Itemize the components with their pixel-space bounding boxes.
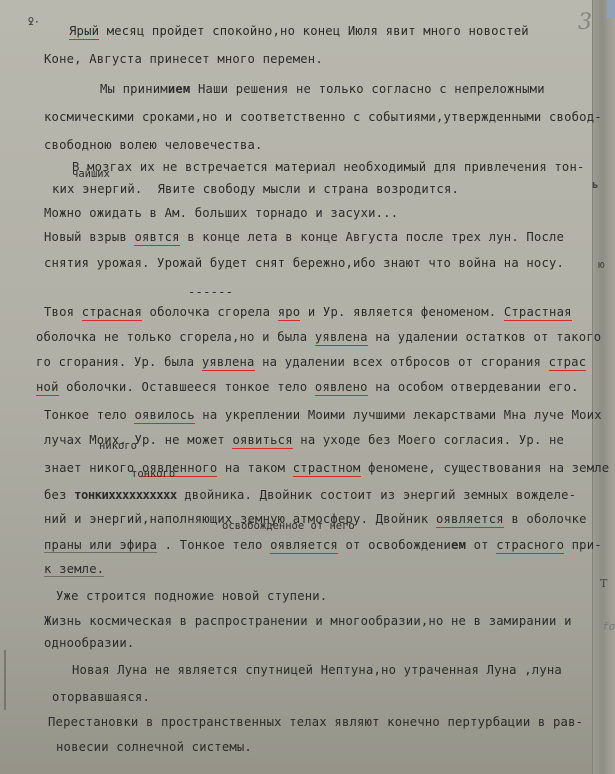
insertion-osvobozhdennoe: освобожденное от него <box>222 520 355 532</box>
text-segment: Перестановки в пространственных телах яв… <box>48 715 583 729</box>
binding-mark <box>4 650 6 710</box>
underlined-word: ной <box>36 380 59 396</box>
underlined-word: оявляется <box>270 538 338 554</box>
text-segment: в конце лета в конце Августа после трех … <box>180 230 564 244</box>
underlined-word: уявлена <box>315 330 368 346</box>
text-segment: снятия урожая. Урожай будет снят бережно… <box>44 256 564 270</box>
text-segment: ием <box>168 82 191 96</box>
text-line: без тонкихххххххххх двойника. Двойник со… <box>44 488 576 502</box>
text-segment: на уходе без Моего согласия. Ур. не <box>293 433 564 447</box>
text-segment: Уже строится подножие новой ступени. <box>56 589 327 603</box>
text-segment: Тонкое тело <box>44 408 134 422</box>
text-line: однообразии. <box>44 636 134 650</box>
text-segment: ем <box>451 538 466 552</box>
text-segment: феномене, существования на земле <box>361 461 610 475</box>
text-segment: Новый взрыв <box>44 230 134 244</box>
text-segment: Новая Луна не является спутницей Нептуна… <box>72 663 562 677</box>
text-line: снятия урожая. Урожай будет снят бережно… <box>44 256 564 270</box>
text-line: Уже строится подножие новой ступени. <box>56 589 327 603</box>
text-line: Твоя страсная оболочка сгорела яро и Ур.… <box>44 305 572 319</box>
text-segment: на укреплении Моими лучшими лекарствами … <box>195 408 602 422</box>
text-line: Тонкое тело оявилось на укреплении Моими… <box>44 408 602 422</box>
text-segment: ких энергий. Явите свободу мысли и стран… <box>52 182 459 196</box>
text-segment: Твоя <box>44 305 82 319</box>
insertion-tonkogo: тонкого <box>131 468 175 480</box>
text-line: ------ <box>188 285 233 299</box>
text-line: ной оболочки. Оставшееся тонкое тело ояв… <box>36 380 579 394</box>
text-segment: В мозгах их не встречается материал необ… <box>72 160 585 174</box>
text-line: Новый взрыв оявтся в конце лета в конце … <box>44 230 564 244</box>
underlined-word: Ярый <box>69 24 99 40</box>
insertion-tonchayshih: чайших <box>72 168 110 180</box>
text-segment: Наши решения не только согласно с непрел… <box>190 82 544 96</box>
text-segment: на удалении всех отбросов от сгорания <box>255 355 549 369</box>
corner-mark: ꝿ· <box>28 14 40 28</box>
text-segment: на особом отвердевании его. <box>368 380 579 394</box>
text-line: В мозгах их не встречается материал необ… <box>72 160 585 174</box>
text-segment: от освобождени <box>338 538 451 552</box>
text-line: к земле. <box>44 562 104 576</box>
text-line: Мы принимием Наши решения не только согл… <box>100 82 545 96</box>
insertion-nikogo: никого <box>99 440 137 452</box>
underlined-word: оявляется <box>436 512 504 528</box>
struck-text: тонкихххххххххх <box>74 488 177 502</box>
margin-note: ь <box>592 178 599 191</box>
text-segment: от <box>466 538 496 552</box>
underlined-word: оявиться <box>232 433 292 449</box>
margin-note: Т <box>600 577 607 590</box>
margin-note: fo <box>602 620 615 633</box>
text-segment: на удалении остатков от такого <box>368 330 602 344</box>
text-segment: при- <box>564 538 602 552</box>
text-segment: однообразии. <box>44 636 134 650</box>
text-segment: лучах Моих. Ур. не может <box>44 433 232 447</box>
underlined-word: оявилось <box>134 408 194 424</box>
text-line: Ярый месяц пройдет спокойно,но конец Июл… <box>69 24 529 38</box>
text-segment: ------ <box>188 285 233 299</box>
text-segment: оболочка сгорела <box>142 305 278 319</box>
text-segment: праны или эфира <box>44 538 157 553</box>
text-line: Коне, Августа принесет много перемен. <box>44 52 323 66</box>
text-line: Жизнь космическая в распространении и мн… <box>44 614 572 628</box>
text-segment: Мы приним <box>100 82 168 96</box>
text-segment: . Тонкое тело <box>157 538 270 552</box>
text-line: новесии солнечной системы. <box>56 740 252 754</box>
text-line: Можно ожидать в Ам. больших торнадо и за… <box>44 206 398 220</box>
text-line: праны или эфира . Тонкое тело оявляется … <box>44 538 602 552</box>
text-segment: и Ур. является феноменом. <box>300 305 504 319</box>
text-segment: свободною волею человечества. <box>44 138 263 152</box>
underlined-word: страс <box>549 355 587 371</box>
text-segment: оболочки. Оставшееся тонкое тело <box>59 380 315 394</box>
text-segment: двойника. Двойник состоит из энергий зем… <box>177 488 577 502</box>
text-segment: месяц пройдет спокойно,но конец Июля яви… <box>99 24 529 38</box>
underlined-word: страсного <box>496 538 564 554</box>
text-line: знает никого оявленного на таком страстн… <box>44 461 609 475</box>
text-segment: Жизнь космическая в распространении и мн… <box>44 614 572 628</box>
underlined-word: яро <box>278 305 301 321</box>
text-segment: новесии солнечной системы. <box>56 740 252 754</box>
text-line: Перестановки в пространственных телах яв… <box>48 715 583 729</box>
text-segment: космическими сроками,но и соответственно… <box>44 110 602 124</box>
underlined-word: оявтся <box>134 230 179 246</box>
text-segment: го сгорания. Ур. была <box>36 355 202 369</box>
underlined-word: страстном <box>293 461 361 477</box>
text-segment: оторвавшаяся. <box>52 690 150 704</box>
margin-note: ю <box>598 258 605 271</box>
text-line: Новая Луна не является спутницей Нептуна… <box>72 663 562 677</box>
text-segment: Можно ожидать в Ам. больших торнадо и за… <box>44 206 398 220</box>
text-line: космическими сроками,но и соответственно… <box>44 110 602 124</box>
underlined-word: уявлена <box>202 355 255 371</box>
page-number: 3 <box>578 10 592 35</box>
underlined-word: Страстная <box>504 305 572 321</box>
text-segment: оболочка не только сгорела,но и была <box>36 330 315 344</box>
underlined-word: страсная <box>82 305 142 321</box>
text-segment: в оболочке <box>504 512 587 526</box>
underlined-word: оявлено <box>315 380 368 396</box>
text-line: свободною волею человечества. <box>44 138 263 152</box>
text-segment: на таком <box>217 461 292 475</box>
text-segment: к земле. <box>44 562 104 577</box>
text-segment: знает никого <box>44 461 142 475</box>
text-line: ких энергий. Явите свободу мысли и стран… <box>52 182 459 196</box>
text-line: го сгорания. Ур. была уявлена на удалени… <box>36 355 586 369</box>
text-segment: без <box>44 488 74 502</box>
text-line: оболочка не только сгорела,но и была уяв… <box>36 330 601 344</box>
text-line: оторвавшаяся. <box>52 690 150 704</box>
text-segment: Коне, Августа принесет много перемен. <box>44 52 323 66</box>
